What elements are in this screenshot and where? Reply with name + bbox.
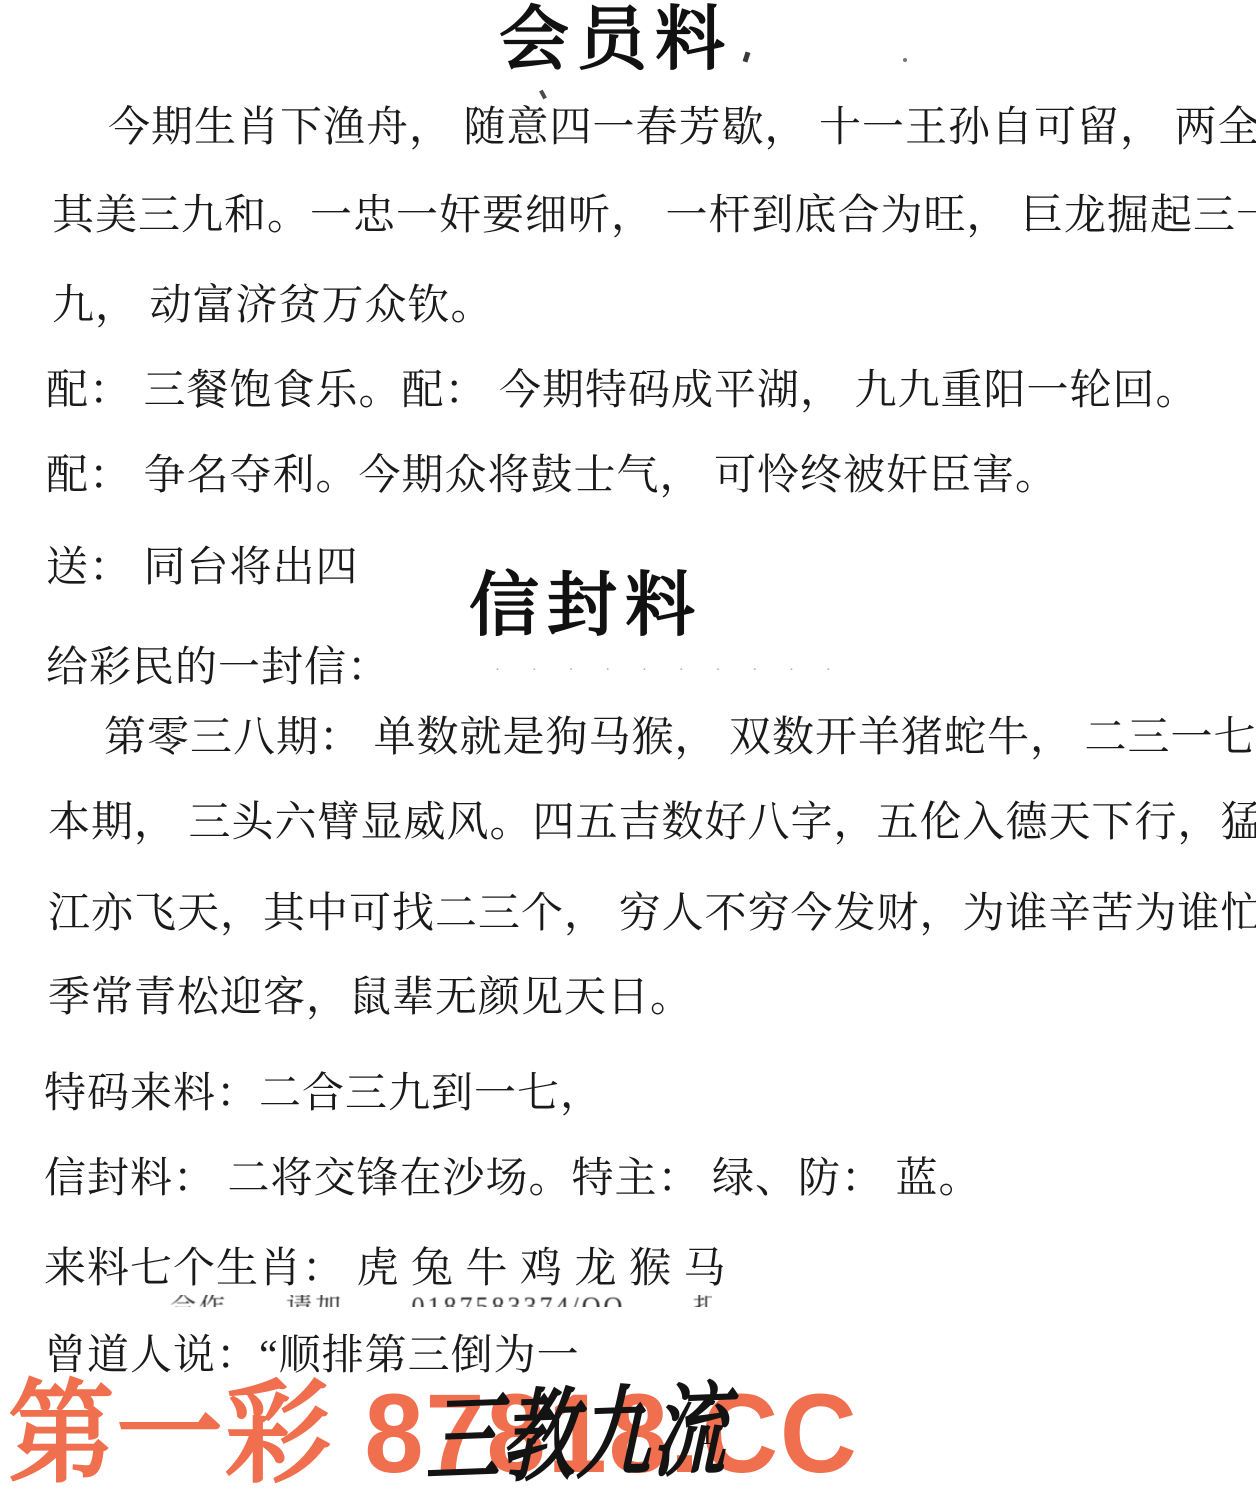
page-number: 1 (700, 1422, 714, 1450)
envelope-tip-line: 信封料： 二将交锋在沙场。特主： 绿、防： 蓝。 (44, 1155, 982, 1203)
letter-intro-line: 给彩民的一封信： (46, 644, 390, 692)
stamp-text: 三教九流 (425, 1381, 730, 1492)
clipped-faded-line-text: ……合作……请加…… 0187583374/QQ ……扣…… (112, 1295, 712, 1307)
special-code-line: 特码来料：二合三九到一七， (44, 1070, 603, 1118)
issue-line-4: 季常青松迎客，鼠辈无颜见天日。 (48, 974, 693, 1022)
member-poem-line-1: 今期生肖下渔舟， 随意四一春芳歇， 十一王孙自可留， 两全 (108, 104, 1256, 152)
member-section-title: 会员料 (499, 4, 733, 78)
envelope-section-title: 信封料 (469, 570, 703, 644)
member-pei-line-2: 配： 争名夺利。今期众将鼓士气， 可怜终被奸臣害。 (46, 452, 1058, 500)
issue-line-2: 本期， 三头六臂显威风。四五吉数好八字，五伦入德天下行，猛龙过 (48, 799, 1256, 847)
zodiac-line: 来料七个生肖： 虎 兔 牛 鸡 龙 猴 马 (44, 1245, 727, 1293)
scan-speck (743, 51, 751, 62)
scan-speck (903, 58, 907, 62)
member-pei-line-1: 配： 三餐饱食乐。配： 今期特码成平湖， 九九重阳一轮回。 (46, 367, 1199, 415)
issue-line-3: 江亦飞天，其中可找二三个， 穷人不穷今发财，为谁辛苦为谁忙，四 (48, 890, 1256, 938)
member-poem-line-3: 九， 动富济贫万众钦。 (52, 282, 494, 330)
issue-line-1: 第零三八期： 单数就是狗马猴， 双数开羊猪蛇牛， 二三一七应 (104, 714, 1256, 762)
member-poem-line-2: 其美三九和。一忠一奸要细听， 一杆到底合为旺， 巨龙掘起三一 (52, 192, 1256, 240)
faded-dots-trail: · · · · · · · · · · (495, 662, 845, 679)
scan-speck (539, 90, 547, 100)
member-song-line: 送： 同台将出四 (46, 544, 359, 592)
clipped-faded-line: ……合作……请加…… 0187583374/QQ ……扣…… (112, 1295, 712, 1307)
document-page: 会员料 今期生肖下渔舟， 随意四一春芳歇， 十一王孙自可留， 两全 其美三九和。… (0, 0, 1256, 1500)
